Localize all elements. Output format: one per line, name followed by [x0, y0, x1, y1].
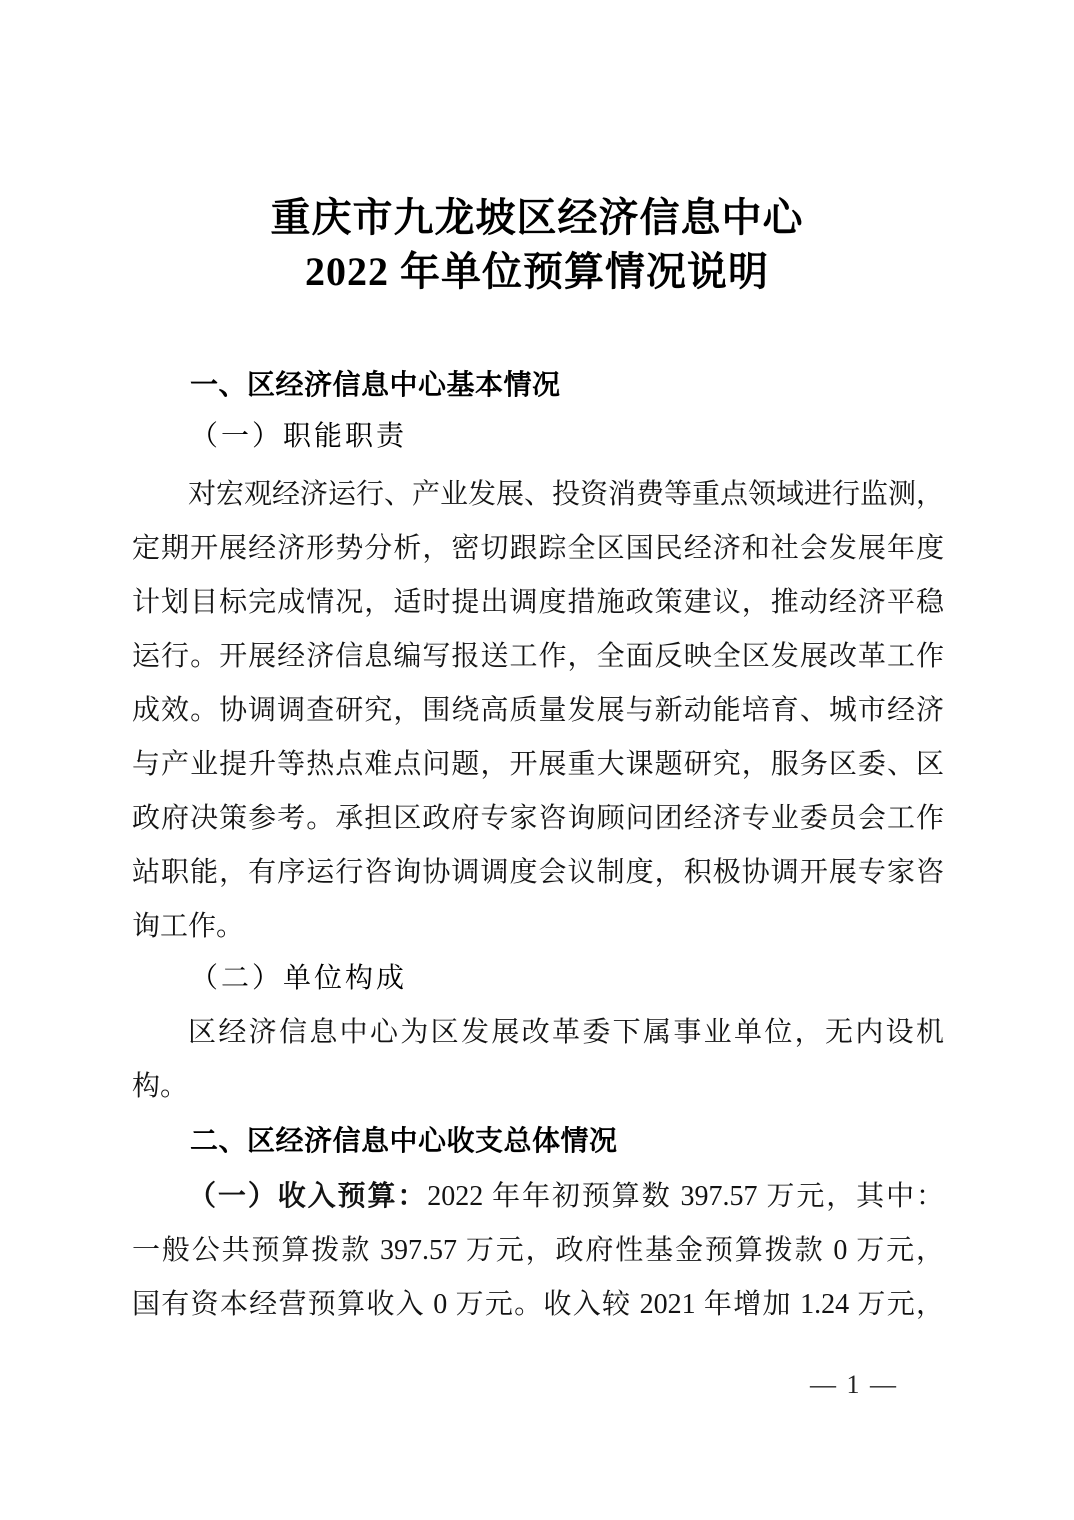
text-line: 政府决策参考。承担区政府专家咨询顾问团经济专业委员会工作 [132, 792, 944, 846]
text-line: 站职能，有序运行咨询协调调度会议制度，积极协调开展专家咨 [132, 846, 944, 900]
paragraph-income-budget: （一）收入预算：2022 年年初预算数 397.57 万元，其中： 一般公共预算… [132, 1170, 944, 1332]
document-title-line2: 2022 年单位预算情况说明 [0, 245, 1074, 299]
section-1-heading: 一、区经济信息中心基本情况 [190, 363, 561, 407]
text-line: 运行。开展经济信息编写报送工作，全面反映全区发展改革工作 [132, 630, 944, 684]
section-1-sub-1-heading: （一）职能职责 [190, 415, 407, 459]
section-1-sub-2-heading: （二）单位构成 [190, 957, 407, 1001]
text-line: 对宏观经济运行、产业发展、投资消费等重点领域进行监测， [132, 468, 944, 522]
text-line: 区经济信息中心为区发展改革委下属事业单位，无内设机 [132, 1006, 944, 1060]
document-page: 重庆市九龙坡区经济信息中心 2022 年单位预算情况说明 一、区经济信息中心基本… [0, 0, 1074, 1520]
text-line: （一）收入预算：2022 年年初预算数 397.57 万元，其中： [132, 1170, 944, 1224]
text-line: 与产业提升等热点难点问题，开展重大课题研究，服务区委、区 [132, 738, 944, 792]
text-line: 国有资本经营预算收入 0 万元。收入较 2021 年增加 1.24 万元， [132, 1278, 944, 1332]
page-number: — 1 — [810, 1371, 898, 1399]
text-line: 计划目标完成情况，适时提出调度措施政策建议，推动经济平稳 [132, 576, 944, 630]
paragraph-composition: 区经济信息中心为区发展改革委下属事业单位，无内设机 构。 [132, 1006, 944, 1114]
section-2-heading: 二、区经济信息中心收支总体情况 [190, 1119, 618, 1163]
document-title: 重庆市九龙坡区经济信息中心 2022 年单位预算情况说明 [0, 191, 1074, 299]
text-line: 定期开展经济形势分析，密切跟踪全区国民经济和社会发展年度 [132, 522, 944, 576]
document-title-line1: 重庆市九龙坡区经济信息中心 [0, 191, 1074, 245]
text-line: 询工作。 [132, 900, 944, 954]
income-budget-lead: （一）收入预算： [188, 1181, 427, 1212]
text-line: 成效。协调调查研究，围绕高质量发展与新动能培育、城市经济 [132, 684, 944, 738]
text-line: 构。 [132, 1060, 944, 1114]
paragraph-functions: 对宏观经济运行、产业发展、投资消费等重点领域进行监测， 定期开展经济形势分析，密… [132, 468, 944, 954]
text-line: 一般公共预算拨款 397.57 万元，政府性基金预算拨款 0 万元， [132, 1224, 944, 1278]
income-budget-lead-rest: 2022 年年初预算数 397.57 万元，其中： [427, 1181, 944, 1212]
